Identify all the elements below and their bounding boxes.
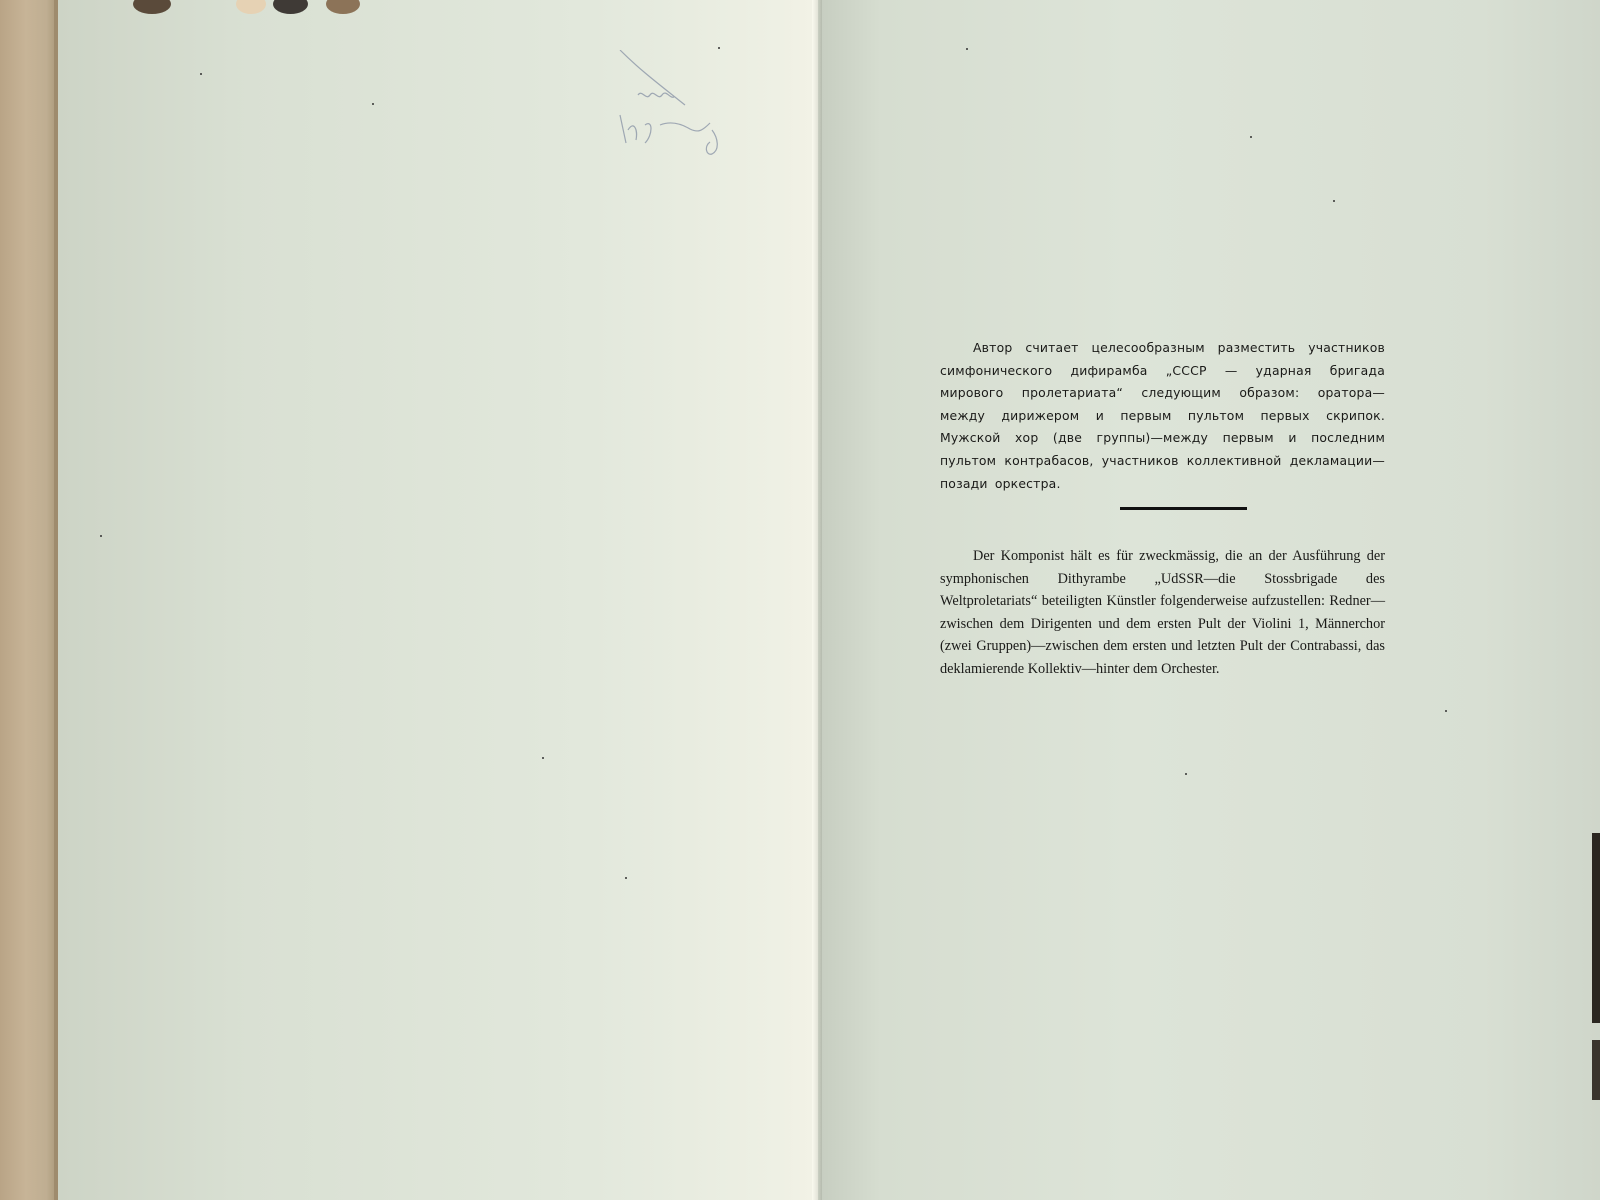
ink-stain bbox=[326, 0, 360, 14]
paper-speck bbox=[1250, 136, 1252, 138]
ink-stain bbox=[273, 0, 308, 14]
paper-speck bbox=[372, 103, 374, 105]
german-instructions: Der Komponist hält es für zweckmässig, d… bbox=[940, 545, 1385, 681]
bleed-through-text bbox=[358, 145, 372, 185]
page-edge-tab bbox=[1592, 1040, 1600, 1100]
page-edge-tab bbox=[1592, 833, 1600, 1023]
paper-speck bbox=[1185, 773, 1187, 775]
russian-paragraph: Автор считает целесообразным разместить … bbox=[940, 337, 1385, 495]
paper-speck bbox=[966, 48, 968, 50]
paper-speck bbox=[1445, 710, 1447, 712]
paper-speck bbox=[718, 47, 720, 49]
paper-speck bbox=[100, 535, 102, 537]
paper-speck bbox=[1333, 200, 1335, 202]
paper-speck bbox=[625, 877, 627, 879]
ink-stain bbox=[133, 0, 171, 14]
russian-instructions: Автор считает целесообразным разместить … bbox=[940, 337, 1385, 495]
section-divider bbox=[1120, 507, 1247, 510]
paper-speck bbox=[542, 757, 544, 759]
paper-speck bbox=[200, 73, 202, 75]
left-page bbox=[58, 0, 818, 1200]
pencil-annotation-icon bbox=[600, 50, 750, 160]
book-cover-board bbox=[0, 0, 58, 1200]
book-spine bbox=[812, 0, 822, 1200]
ink-stain bbox=[236, 0, 266, 14]
german-paragraph: Der Komponist hält es für zweckmässig, d… bbox=[940, 545, 1385, 681]
